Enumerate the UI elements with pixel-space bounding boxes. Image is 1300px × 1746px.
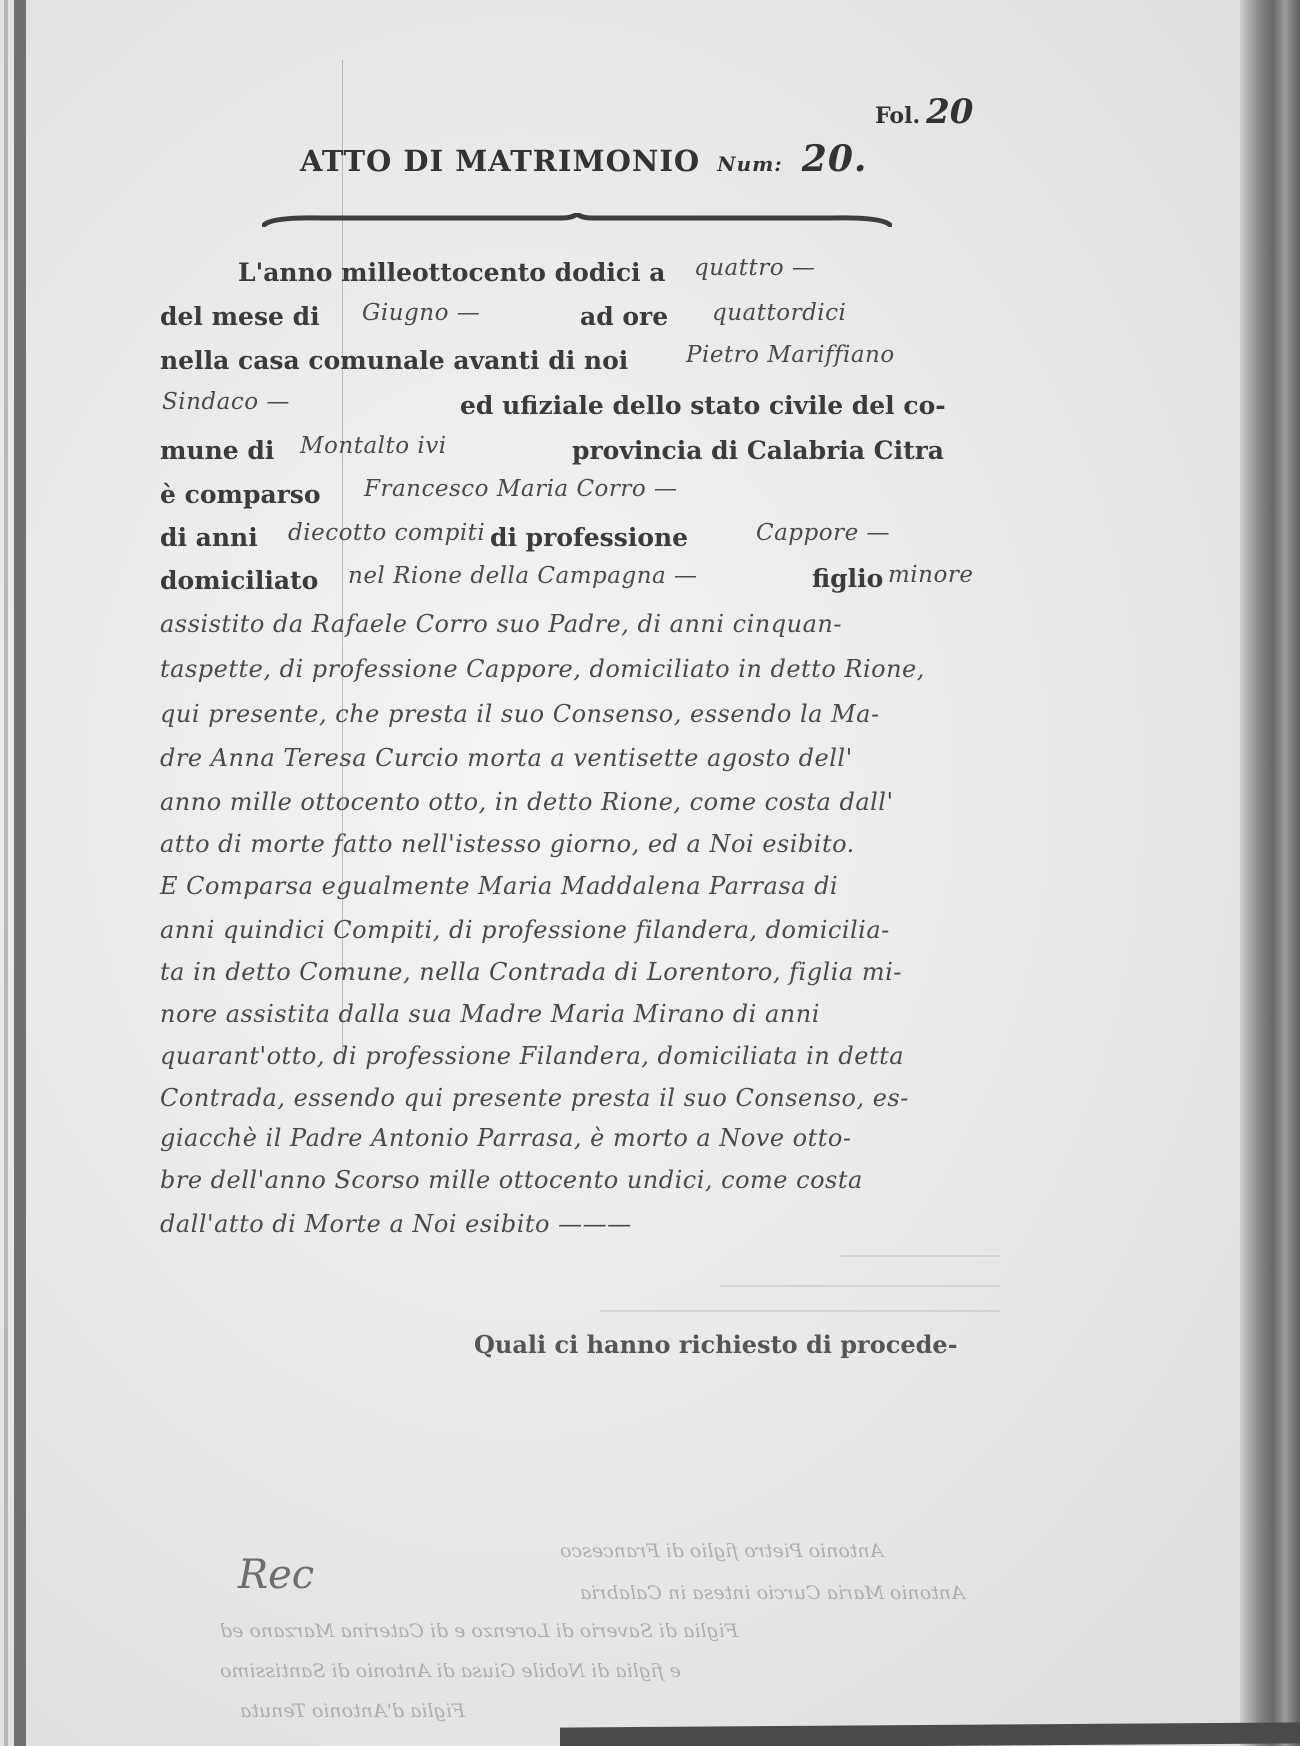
handwritten-groom-name: Francesco Maria Corro — xyxy=(364,476,678,502)
handwritten-body-line: assistito da Rafaele Corro suo Padre, di… xyxy=(160,610,842,638)
printed-line-3: nella casa comunale avanti di noi xyxy=(160,346,628,375)
handwritten-groom-profession: Cappore — xyxy=(756,520,890,546)
handwritten-body-line: quarant'otto, di professione Filandera, … xyxy=(160,1042,904,1070)
handwritten-body-line: nore assistita dalla sua Madre Maria Mir… xyxy=(160,1000,820,1028)
printed-line-8b: figlio xyxy=(812,564,883,593)
printed-line-5a: mune di xyxy=(160,436,274,465)
printed-footer-line: Quali ci hanno richiesto di procede- xyxy=(474,1330,958,1359)
handwritten-official-title: Sindaco — xyxy=(162,389,290,415)
printed-line-4: ed ufiziale dello stato civile del co- xyxy=(460,391,946,420)
bleed-through-mark xyxy=(840,1255,1000,1257)
handwritten-body-line: anni quindici Compiti, di professione fi… xyxy=(160,916,890,944)
bleed-through-mark xyxy=(720,1285,1000,1287)
page-edge-right-binding xyxy=(1240,0,1300,1746)
title-brace-divider xyxy=(262,213,892,227)
handwritten-comune: Montalto ivi xyxy=(300,433,447,459)
handwritten-body-line: anno mille ottocento otto, in detto Rion… xyxy=(160,788,894,816)
handwritten-body-line: giacchè il Padre Antonio Parrasa, è mort… xyxy=(160,1124,851,1152)
handwritten-body-line: qui presente, che presta il suo Consenso… xyxy=(160,700,880,728)
folio-number: 20 xyxy=(926,92,973,132)
printed-line-2a: del mese di xyxy=(160,302,320,331)
printed-line-7a: di anni xyxy=(160,523,258,552)
handwritten-groom-age: diecotto compiti xyxy=(288,520,485,546)
page-edge-left xyxy=(14,0,26,1746)
printed-line-1: L'anno milleottocento dodici a xyxy=(238,258,665,287)
record-number: 20. xyxy=(802,138,868,180)
bleed-through-text: Antonio Pietro figlio di Francesco xyxy=(560,1540,883,1562)
handwritten-body-line: dall'atto di Morte a Noi esibito ——— xyxy=(160,1210,632,1238)
handwritten-hour: quattordici xyxy=(712,300,846,326)
printed-line-6: è comparso xyxy=(160,480,321,509)
handwritten-body-line: taspette, di professione Cappore, domici… xyxy=(160,655,925,683)
title-text: ATTO DI MATRIMONIO xyxy=(300,144,700,178)
bleed-through-mark xyxy=(600,1310,1000,1312)
handwritten-official-name: Pietro Mariffiano xyxy=(686,342,895,368)
handwritten-groom-domicile: nel Rione della Campagna — xyxy=(348,563,698,589)
bleed-through-text: e figlia di Nobile Giusa di Antonio di S… xyxy=(220,1660,681,1682)
handwritten-body-line: atto di morte fatto nell'istesso giorno,… xyxy=(160,830,855,858)
handwritten-body-line: Contrada, essendo qui presente presta il… xyxy=(160,1084,909,1112)
handwritten-minor: minore xyxy=(888,562,973,588)
scanned-page: Fol.20 ATTO DI MATRIMONIO Num: 20. L'ann… xyxy=(0,0,1300,1746)
printed-line-8a: domiciliato xyxy=(160,566,318,595)
page-title: ATTO DI MATRIMONIO Num: 20. xyxy=(300,138,867,180)
bleed-through-text: Figlia d'Antonio Tenuta xyxy=(240,1700,465,1722)
printed-line-5b: provincia di Calabria Citra xyxy=(572,436,944,465)
printed-line-2b: ad ore xyxy=(580,302,668,331)
bleed-through-text: Antonio Maria Curcio intesa in Calabria xyxy=(580,1582,965,1604)
handwritten-body-line: dre Anna Teresa Curcio morta a ventisett… xyxy=(160,744,853,772)
handwritten-month: Giugno — xyxy=(362,300,480,326)
bleed-through-text: Figlia di Saverio di Lorenzo e di Cateri… xyxy=(220,1620,738,1642)
handwritten-body-line: bre dell'anno Scorso mille ottocento und… xyxy=(160,1166,863,1194)
number-label: Num: xyxy=(717,152,782,176)
handwritten-body-line: ta in detto Comune, nella Contrada di Lo… xyxy=(160,958,902,986)
handwritten-body-line: E Comparsa egualmente Maria Maddalena Pa… xyxy=(160,872,838,900)
fold-line xyxy=(342,60,343,1060)
folio-label: Fol.20 xyxy=(875,92,973,132)
handwritten-day: quattro — xyxy=(694,255,815,281)
page-edge-bottom xyxy=(560,1722,1300,1746)
margin-annotation: Rec xyxy=(238,1552,314,1598)
page-edge-left-outer xyxy=(4,0,8,1746)
folio-label-text: Fol. xyxy=(875,103,920,129)
printed-line-7b: di professione xyxy=(490,523,688,552)
